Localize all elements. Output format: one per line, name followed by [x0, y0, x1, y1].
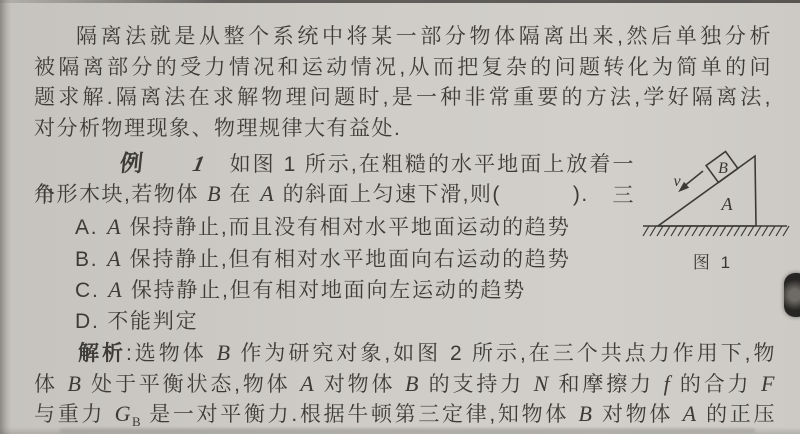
- variable-text: B: [216, 340, 232, 365]
- text-segment: C.: [75, 279, 107, 302]
- variable-text: A: [107, 277, 123, 302]
- velocity-label: v: [673, 173, 681, 190]
- text-segment: 和摩擦力: [550, 373, 663, 396]
- text-segment: B.: [75, 248, 106, 271]
- scan-left-edge: [0, 0, 11, 434]
- text-segment: 在: [222, 183, 259, 206]
- option-a: A. A 保持静止,而且没有相对水平地面运动的趋势: [34, 211, 635, 243]
- ground-hatching-icon: [643, 226, 789, 236]
- text-line: 题求解.隔离法在求解物理问题时,是一种非常重要的方法,学好隔离法,: [34, 83, 772, 114]
- variable-text: A: [106, 246, 122, 271]
- variable-text: A: [299, 371, 315, 396]
- text-segment: 解析: [78, 342, 126, 365]
- text-segment: 的合力: [671, 373, 760, 396]
- text-segment: 隔离法就是从整个系统中将某一部分物体隔离出来,然后单独分析: [76, 25, 772, 48]
- text-segment: 保持静止,而且没有相对水平地面运动的趋势: [122, 216, 570, 239]
- wedge-label: A: [721, 194, 734, 214]
- text-segment: A.: [75, 216, 106, 239]
- figure-caption: 图 1: [693, 253, 733, 272]
- text-segment: 被隔离部分的受力情况和运动情况,从而把复杂的问题转化为简单的问: [34, 56, 772, 79]
- next-line-ghost: [60, 428, 755, 433]
- option-c: C. A 保持静止,但有相对地面向左运动的趋势: [34, 274, 635, 306]
- variable-text: f: [663, 371, 672, 396]
- text-segment: ).: [573, 183, 589, 206]
- variable-text: N: [533, 371, 550, 396]
- text-line: 解析:选物体 B 作为研究对象,如图 2 所示,在三个共点力作用下,物: [34, 338, 776, 369]
- text-segment: D. 不能判定: [75, 310, 198, 333]
- example-second-line: 角形木块,若物体 B 在 A 的斜面上匀速下滑,则().: [34, 179, 635, 210]
- text-line: 被隔离部分的受力情况和运动情况,从而把复杂的问题转化为简单的问: [34, 53, 772, 84]
- example-first-line: 例1如图 1 所示,在粗糙的水平地面上放着一个三: [34, 148, 635, 179]
- variable-text: G: [114, 401, 132, 426]
- text-segment: 例: [75, 148, 146, 179]
- option-b: B. A 保持静止,但有相对水平地面向右运动的趋势: [34, 243, 635, 275]
- option-d: D. 不能判定: [34, 306, 635, 338]
- variable-text: A: [682, 401, 698, 426]
- text-segment: 对物体: [594, 403, 682, 426]
- text-segment: 与重力: [34, 403, 114, 426]
- choice-options: A. A 保持静止,而且没有相对水平地面运动的趋势 B. A 保持静止,但有相对…: [34, 211, 635, 337]
- variable-text: F: [760, 371, 776, 396]
- text-segment: 对分析物理现象、物理规律大有益处.: [34, 117, 401, 140]
- scan-artifact-blob: [784, 273, 800, 317]
- text-segment: 体: [34, 373, 67, 396]
- text-segment: 角形木块,若物体: [34, 183, 206, 206]
- variable-text: B: [404, 371, 420, 396]
- variable-text: A: [259, 181, 275, 206]
- analysis-paragraph: 解析:选物体 B 作为研究对象,如图 2 所示,在三个共点力作用下,物 体 B …: [34, 338, 776, 430]
- text-segment: 处于平衡状态,物体: [82, 373, 299, 396]
- text-line: 隔离法就是从整个系统中将某一部分物体隔离出来,然后单独分析: [34, 22, 772, 53]
- block-label: B: [718, 160, 728, 177]
- variable-text: A: [106, 214, 122, 239]
- velocity-arrow: [685, 171, 703, 186]
- text-segment: 1: [146, 149, 208, 180]
- scanned-textbook-page: 隔离法就是从整个系统中将某一部分物体隔离出来,然后单独分析 被隔离部分的受力情况…: [0, 0, 800, 434]
- text-segment: 的正压: [698, 403, 776, 426]
- text-segment: 是一对平衡力.根据牛顿第三定律,知物体: [141, 403, 578, 426]
- text-segment: 保持静止,但有相对水平地面向右运动的趋势: [122, 248, 570, 271]
- text-line: 体 B 处于平衡状态,物体 A 对物体 B 的支持力 N 和摩擦力 f 的合力 …: [34, 369, 776, 400]
- variable-text: B: [67, 371, 83, 396]
- variable-text: B: [578, 401, 594, 426]
- scan-top-edge: [0, 0, 800, 3]
- text-segment: 对物体: [315, 373, 404, 396]
- text-segment: 的支持力: [420, 373, 533, 396]
- intro-paragraph: 隔离法就是从整个系统中将某一部分物体隔离出来,然后单独分析 被隔离部分的受力情况…: [34, 22, 772, 144]
- text-segment: 保持静止,但有相对地面向左运动的趋势: [123, 279, 526, 302]
- variable-text: B: [206, 181, 222, 206]
- example-problem: 例1如图 1 所示,在粗糙的水平地面上放着一个三 角形木块,若物体 B 在 A …: [34, 148, 635, 337]
- text-segment: 作为研究对象,如图 2 所示,在三个共点力作用下,物: [232, 342, 776, 365]
- text-line: 与重力 GB 是一对平衡力.根据牛顿第三定律,知物体 B 对物体 A 的正压: [34, 399, 776, 430]
- text-segment: 的斜面上匀速下滑,则(: [275, 183, 501, 206]
- text-segment: :选物体: [126, 342, 216, 365]
- figure-1: B v A 图 1: [628, 140, 800, 285]
- text-segment: 题求解.隔离法在求解物理问题时,是一种非常重要的方法,学好隔离法,: [34, 86, 772, 109]
